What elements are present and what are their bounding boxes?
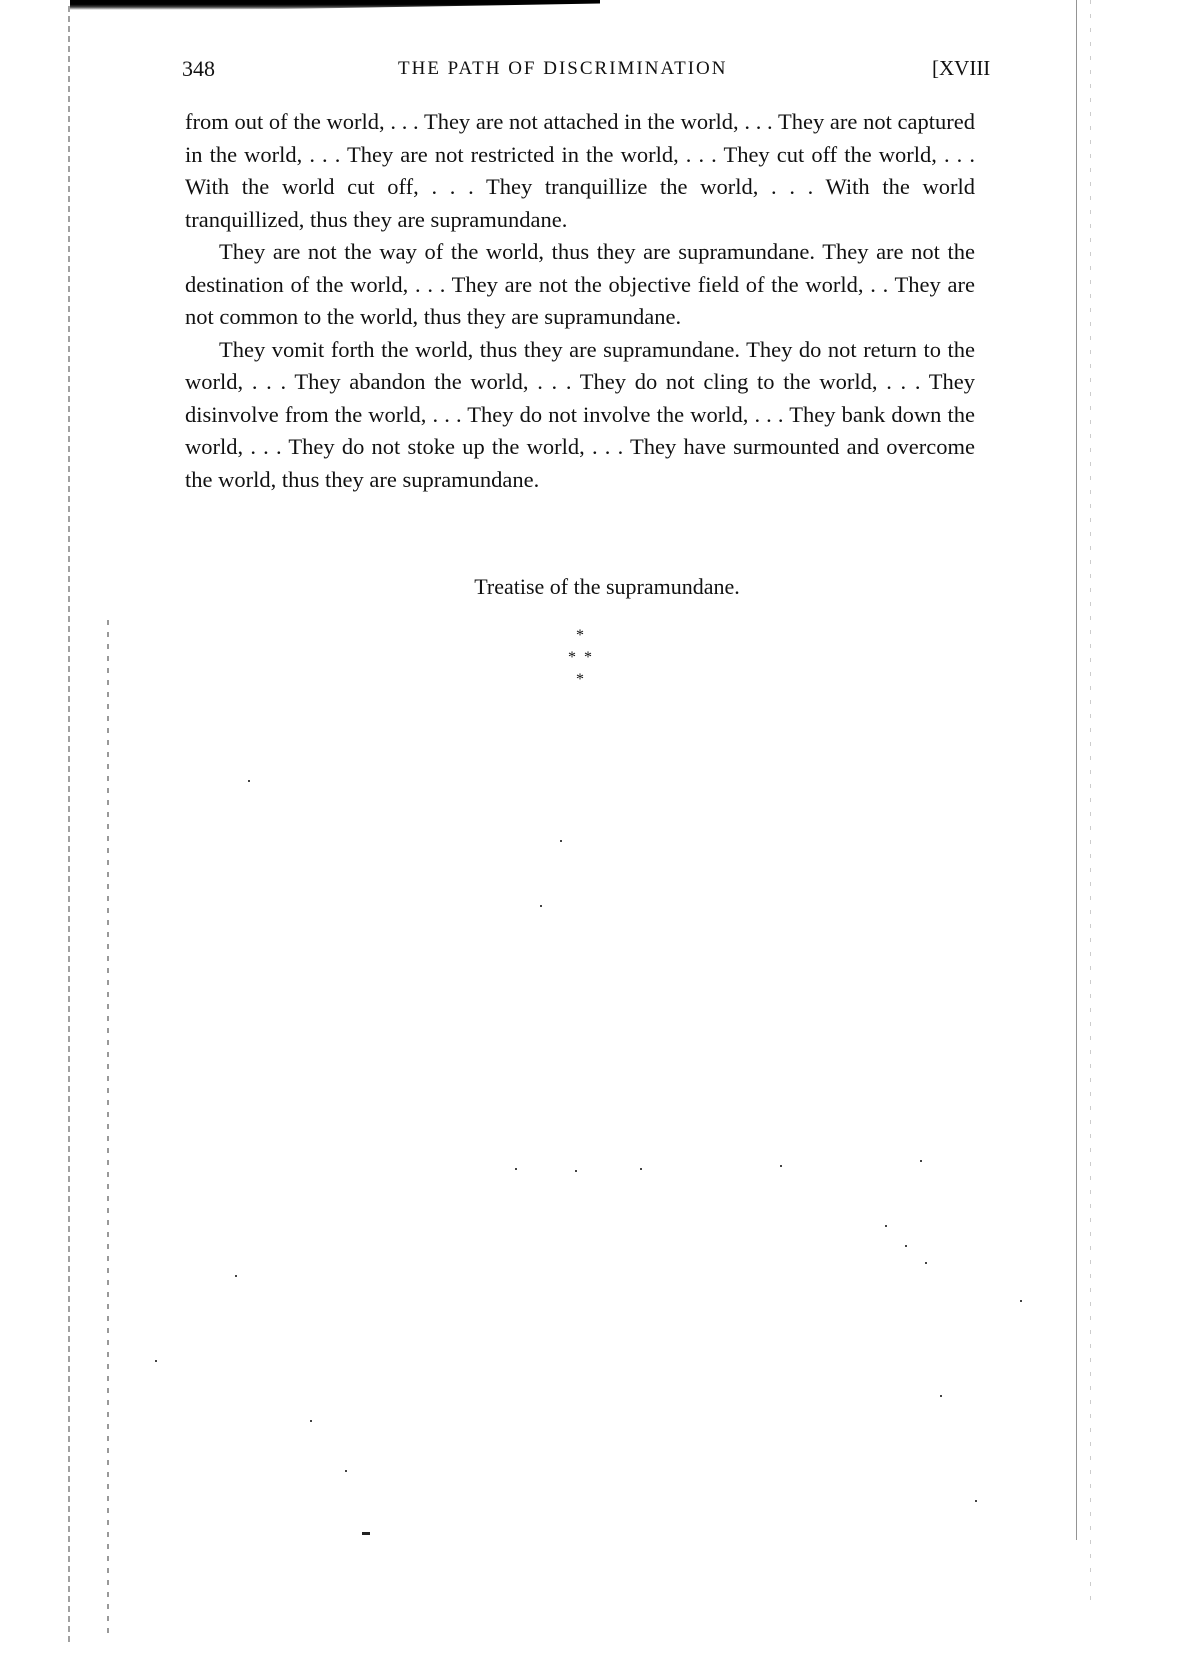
scan-speck: [310, 1420, 312, 1422]
scan-edge-left-inner: [107, 620, 109, 1640]
scan-speck: [575, 1170, 577, 1172]
scan-speck: [885, 1225, 887, 1227]
page-number: 348: [182, 56, 215, 82]
scan-speck: [235, 1275, 237, 1277]
scanned-book-page: 348 THE PATH OF DISCRIMINATION [XVIII fr…: [0, 0, 1184, 1653]
asterism-star-pair: * *: [560, 647, 600, 669]
scan-mark: [362, 1532, 370, 1535]
scan-speck: [155, 1360, 157, 1362]
running-head: 348 THE PATH OF DISCRIMINATION [XVIII: [182, 56, 982, 86]
paragraph-continued: from out of the world, . . . They are no…: [185, 106, 975, 236]
running-title: THE PATH OF DISCRIMINATION: [398, 58, 727, 80]
scan-speck: [905, 1245, 907, 1247]
paragraph: They vomit forth the world, thus they ar…: [185, 334, 975, 497]
scan-speck: [248, 780, 250, 782]
scan-speck: [940, 1395, 942, 1397]
scan-edge-right: [1076, 0, 1077, 1540]
scan-speck: [345, 1470, 347, 1472]
scan-speck: [975, 1500, 977, 1502]
section-closing: Treatise of the supramundane.: [0, 574, 1184, 600]
scan-speck: [920, 1160, 922, 1162]
paragraph: They are not the way of the world, thus …: [185, 236, 975, 334]
asterism-divider: * * * *: [560, 625, 600, 695]
chapter-reference: [XVIII: [932, 56, 990, 81]
scan-speck: [1020, 1300, 1022, 1302]
scan-speck: [560, 840, 562, 842]
asterism-star: *: [560, 669, 600, 691]
treatise-caption: Treatise of the supramundane.: [474, 574, 740, 600]
scan-shadow-top: [70, 0, 600, 10]
scan-speck: [925, 1262, 927, 1264]
scan-speck: [515, 1168, 517, 1170]
asterism-star: *: [560, 625, 600, 647]
scan-edge-left: [68, 6, 70, 1646]
scan-edge-right-outer: [1090, 0, 1091, 1600]
body-text: from out of the world, . . . They are no…: [185, 106, 975, 496]
scan-speck: [540, 905, 542, 907]
scan-speck: [640, 1168, 642, 1170]
scan-speck: [780, 1165, 782, 1167]
